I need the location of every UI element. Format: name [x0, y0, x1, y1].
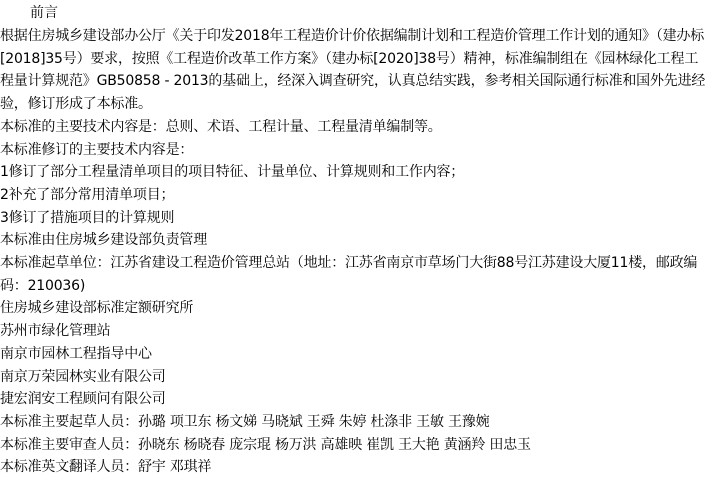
participating-unit-4: 南京万荣园林实业有限公司: [0, 366, 711, 389]
section-title-preface: 前言: [0, 2, 711, 25]
paragraph-reviewers: 本标准主要审查人员：孙晓东 杨晓春 庞宗琨 杨万洪 高雄映 崔凯 王大艳 黄涵羚…: [0, 434, 711, 457]
revision-item-2: 2补充了部分常用清单项目；: [0, 184, 711, 207]
paragraph-main-content: 本标准的主要技术内容是：总则、术语、工程计量、工程量清单编制等。: [0, 116, 711, 139]
paragraph-revision-intro: 本标准修订的主要技术内容是：: [0, 139, 711, 162]
participating-unit-2: 苏州市绿化管理站: [0, 320, 711, 343]
document-body: 前言 根据住房城乡建设部办公厅《关于印发2018年工程造价计价依据编制计划和工程…: [0, 0, 711, 479]
revision-item-1: 1修订了部分工程量清单项目的项目特征、计量单位、计算规则和工作内容；: [0, 161, 711, 184]
participating-unit-1: 住房城乡建设部标准定额研究所: [0, 297, 711, 320]
paragraph-translators: 本标准英文翻译人员：舒宇 邓琪祥: [0, 456, 711, 479]
paragraph-basis: 根据住房城乡建设部办公厅《关于印发2018年工程造价计价依据编制计划和工程造价管…: [0, 25, 711, 116]
paragraph-management: 本标准由住房城乡建设部负责管理: [0, 229, 711, 252]
participating-unit-5: 捷宏润安工程顾问有限公司: [0, 388, 711, 411]
paragraph-drafters: 本标准主要起草人员：孙璐 项卫东 杨文娣 马晓斌 王舜 朱婷 杜涤非 王敏 王豫…: [0, 411, 711, 434]
revision-item-3: 3修订了措施项目的计算规则: [0, 207, 711, 230]
participating-unit-3: 南京市园林工程指导中心: [0, 343, 711, 366]
paragraph-drafting-unit: 本标准起草单位：江苏省建设工程造价管理总站（地址：江苏省南京市草场门大街88号江…: [0, 252, 711, 297]
